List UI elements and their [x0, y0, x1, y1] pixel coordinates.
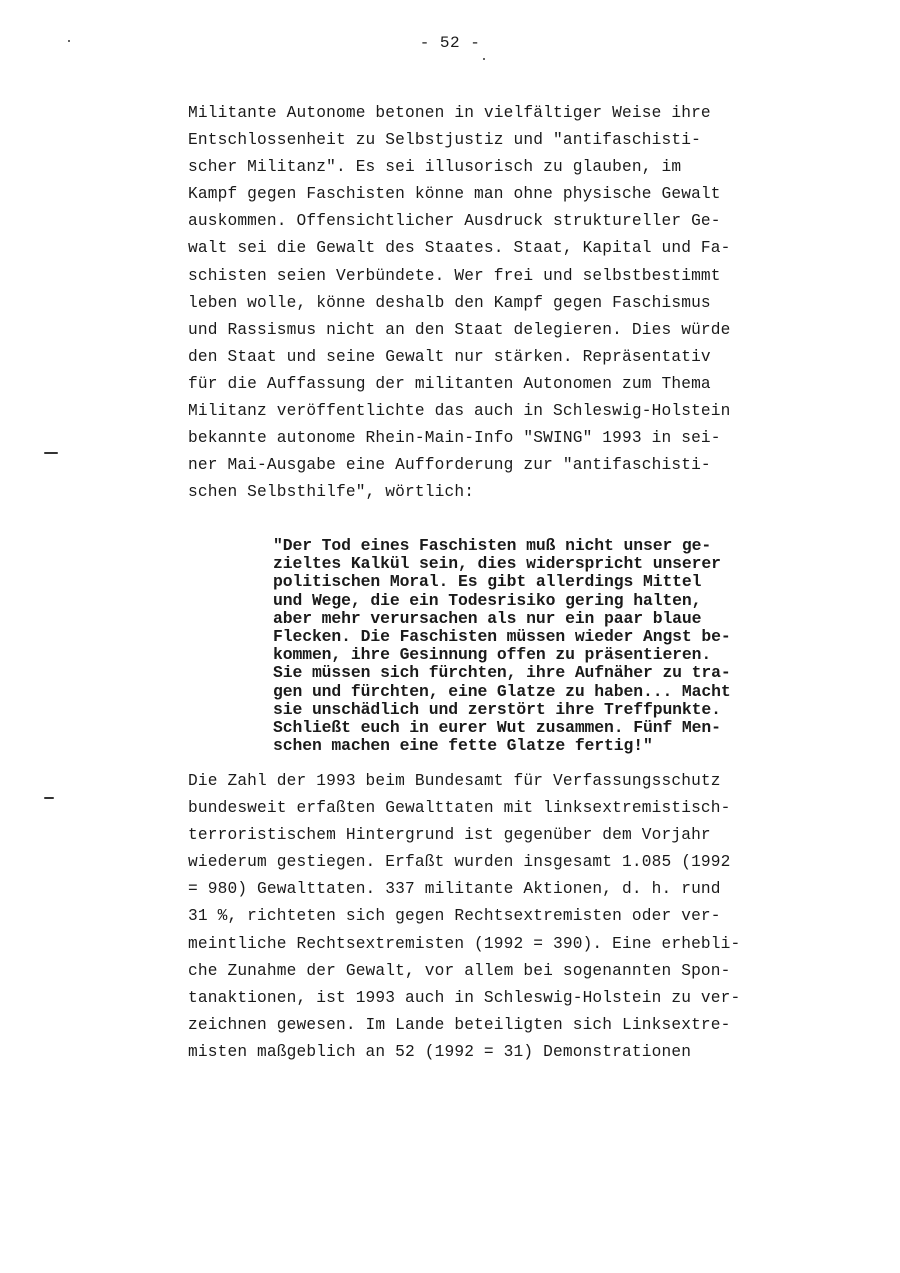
text-line: schen Selbsthilfe", wörtlich:	[188, 479, 808, 506]
paragraph-statistics: Die Zahl der 1993 beim Bundesamt für Ver…	[188, 768, 808, 1066]
text-line: Die Zahl der 1993 beim Bundesamt für Ver…	[188, 768, 808, 795]
text-line: auskommen. Offensichtlicher Ausdruck str…	[188, 208, 808, 235]
text-line: walt sei die Gewalt des Staates. Staat, …	[188, 235, 808, 262]
text-line: "Der Tod eines Faschisten muß nicht unse…	[273, 537, 803, 555]
text-line: Kampf gegen Faschisten könne man ohne ph…	[188, 181, 808, 208]
text-line: Flecken. Die Faschisten müssen wieder An…	[273, 628, 803, 646]
text-line: bundesweit erfaßten Gewalttaten mit link…	[188, 795, 808, 822]
text-line: Entschlossenheit zu Selbstjustiz und "an…	[188, 127, 808, 154]
text-line: Militanz veröffentlichte das auch in Sch…	[188, 398, 808, 425]
text-line: misten maßgeblich an 52 (1992 = 31) Demo…	[188, 1039, 808, 1066]
scan-speck	[44, 797, 54, 799]
text-line: schen machen eine fette Glatze fertig!"	[273, 737, 803, 755]
text-line: und Rassismus nicht an den Staat delegie…	[188, 317, 808, 344]
text-line: kommen, ihre Gesinnung offen zu präsenti…	[273, 646, 803, 664]
scan-speck	[44, 452, 58, 454]
text-line: den Staat und seine Gewalt nur stärken. …	[188, 344, 808, 371]
page-number: - 52 -	[0, 34, 900, 52]
text-line: = 980) Gewalttaten. 337 militante Aktion…	[188, 876, 808, 903]
text-line: scher Militanz". Es sei illusorisch zu g…	[188, 154, 808, 181]
text-line: sie unschädlich und zerstört ihre Treffp…	[273, 701, 803, 719]
text-line: für die Auffassung der militanten Autono…	[188, 371, 808, 398]
scan-speck	[68, 40, 70, 42]
text-line: Sie müssen sich fürchten, ihre Aufnäher …	[273, 664, 803, 682]
text-line: Schließt euch in eurer Wut zusammen. Fün…	[273, 719, 803, 737]
scan-speck	[483, 58, 485, 60]
text-line: che Zunahme der Gewalt, vor allem bei so…	[188, 958, 808, 985]
text-line: gen und fürchten, eine Glatze zu haben..…	[273, 683, 803, 701]
text-line: meintliche Rechtsextremisten (1992 = 390…	[188, 931, 808, 958]
text-line: zieltes Kalkül sein, dies widerspricht u…	[273, 555, 803, 573]
text-line: politischen Moral. Es gibt allerdings Mi…	[273, 573, 803, 591]
paragraph-intro: Militante Autonome betonen in vielfältig…	[188, 100, 808, 506]
text-line: schisten seien Verbündete. Wer frei und …	[188, 263, 808, 290]
block-quote: "Der Tod eines Faschisten muß nicht unse…	[273, 537, 803, 755]
text-line: ner Mai-Ausgabe eine Aufforderung zur "a…	[188, 452, 808, 479]
text-line: 31 %, richteten sich gegen Rechtsextremi…	[188, 903, 808, 930]
text-line: Militante Autonome betonen in vielfältig…	[188, 100, 808, 127]
text-line: aber mehr verursachen als nur ein paar b…	[273, 610, 803, 628]
text-line: wiederum gestiegen. Erfaßt wurden insges…	[188, 849, 808, 876]
text-line: zeichnen gewesen. Im Lande beteiligten s…	[188, 1012, 808, 1039]
text-line: terroristischem Hintergrund ist gegenübe…	[188, 822, 808, 849]
text-line: leben wolle, könne deshalb den Kampf geg…	[188, 290, 808, 317]
text-line: und Wege, die ein Todesrisiko gering hal…	[273, 592, 803, 610]
text-line: tanaktionen, ist 1993 auch in Schleswig-…	[188, 985, 808, 1012]
text-line: bekannte autonome Rhein-Main-Info "SWING…	[188, 425, 808, 452]
